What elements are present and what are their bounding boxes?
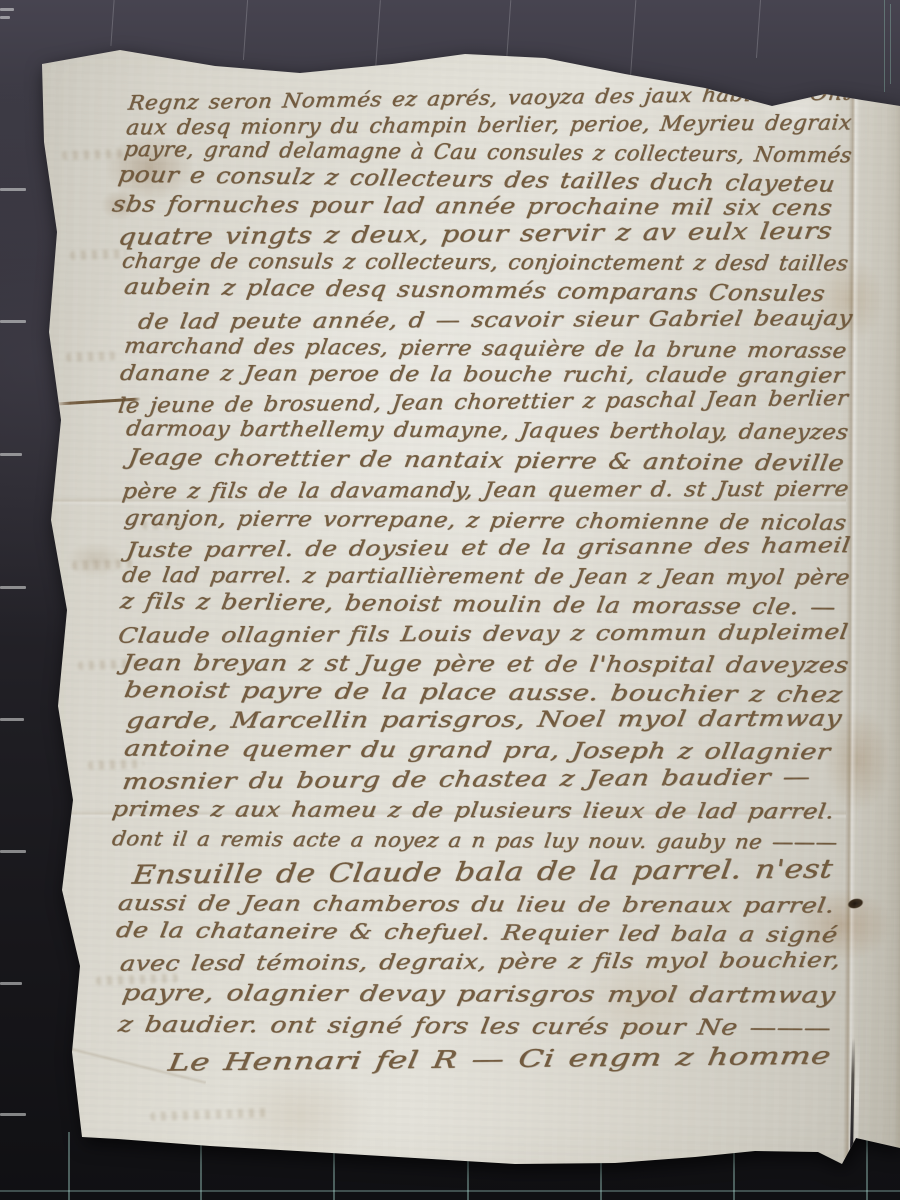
manuscript-line-11: danane z Jean peroe de la bouche ruchi, … bbox=[120, 361, 769, 387]
showthrough-mark bbox=[70, 249, 126, 260]
edge-tear bbox=[850, 1038, 855, 1160]
manuscript-line-4: pour e consulz z collecteurs des tailles… bbox=[118, 163, 754, 197]
manuscript-line-12: le jeune de brosuend, Jean chorettier z … bbox=[118, 386, 799, 417]
manuscript-line-29: aussi de Jean chamberos du lieu de brena… bbox=[118, 891, 707, 917]
horizontal-crease bbox=[46, 497, 846, 506]
manuscript-line-23: garde, Marcellin parisgros, Noel myol da… bbox=[126, 707, 701, 734]
paper-sheet: Regnz seron Nommés ez aprés, vaoyza des … bbox=[0, 0, 900, 1200]
manuscript-line-21: Jean breyan z st Juge père et de l'hospi… bbox=[122, 651, 739, 678]
manuscript-line-3: payre, grand delamagne à Cau consules z … bbox=[124, 137, 844, 167]
handwriting-layer: Regnz seron Nommés ez aprés, vaoyza des … bbox=[0, 0, 900, 1200]
manuscript-line-32: payre, olagnier devay parisgros myol dar… bbox=[122, 981, 686, 1008]
manuscript-line-15: père z fils de la davamandy, Jean quemer… bbox=[122, 477, 782, 503]
manuscript-line-18: de lad parrel. z partiallièrement de Jea… bbox=[122, 563, 782, 589]
showthrough-mark bbox=[66, 351, 116, 362]
showthrough-mark bbox=[78, 659, 150, 671]
manuscript-line-34: Le Hennari fel R — Ci engm z homme bbox=[168, 1043, 661, 1076]
manuscript-line-22: benoist payre de la place ausse. bouchie… bbox=[124, 678, 702, 707]
photograph-of-manuscript: Regnz seron Nommés ez aprés, vaoyza des … bbox=[0, 0, 900, 1200]
showthrough-mark bbox=[142, 519, 184, 529]
corner-crease bbox=[60, 1044, 207, 1085]
manuscript-line-28: Ensuille de Claude bala de la parrel. n'… bbox=[132, 855, 719, 890]
edge-tear-highlight bbox=[854, 1040, 860, 1158]
manuscript-line-5: sbs fornuches pour lad année prochaine m… bbox=[112, 192, 738, 220]
manuscript-line-8: aubein z place desq susnommés comparans … bbox=[124, 275, 754, 307]
manuscript-line-1: Regnz seron Nommés ez aprés, vaoyza des … bbox=[128, 81, 796, 114]
paper-shadow-wrap: Regnz seron Nommés ez aprés, vaoyza des … bbox=[0, 0, 900, 1200]
manuscript-line-10: marchand des places, pierre saquière de … bbox=[124, 334, 792, 363]
manuscript-line-31: avec lesd témoins, degraix, père z fils … bbox=[120, 948, 726, 975]
showthrough-mark bbox=[96, 974, 178, 986]
manuscript-line-13: darmoay barthellemy dumayne, Jaques bert… bbox=[126, 416, 794, 443]
manuscript-line-9: de lad peute année, d — scavoir sieur Ga… bbox=[138, 306, 758, 333]
ink-blot bbox=[844, 895, 868, 913]
manuscript-line-26: primes z aux hameu z de plusieurs lieux … bbox=[112, 797, 736, 823]
showthrough-mark bbox=[88, 759, 144, 770]
manuscript-line-25: mosnier du bourg de chastea z Jean baudi… bbox=[122, 766, 682, 795]
showthrough-mark bbox=[72, 559, 134, 570]
manuscript-line-20: Claude ollagnier fils Louis devay z comm… bbox=[118, 620, 732, 647]
showthrough-mark bbox=[62, 149, 124, 160]
manuscript-line-17: Juste parrel. de doysieu et de la grisan… bbox=[126, 534, 730, 562]
showthrough-mark bbox=[150, 1108, 270, 1121]
manuscript-line-27: dont il a remis acte a noyez a n pas luy… bbox=[112, 826, 791, 854]
manuscript-line-6: quatre vingts z deux, pour servir z av e… bbox=[118, 219, 718, 250]
margin-ink-stroke bbox=[55, 397, 141, 405]
vertical-fold-crease bbox=[843, 96, 860, 1158]
horizontal-crease bbox=[46, 810, 846, 819]
manuscript-line-14: Jeage chorettier de nantaix pierre & ant… bbox=[128, 445, 744, 475]
manuscript-line-19: z fils z berliere, benoist moulin de la … bbox=[120, 589, 749, 619]
manuscript-line-33: z baudier. ont signé fors les curés pour… bbox=[118, 1012, 707, 1040]
manuscript-line-16: granjon, pierre vorrepane, z pierre chom… bbox=[124, 506, 774, 535]
manuscript-line-7: charge de consuls z collecteurs, conjoin… bbox=[122, 249, 824, 275]
manuscript-line-2: aux desq mionry du champin berlier, peri… bbox=[126, 111, 824, 140]
manuscript-line-30: de la chataneire & chefuel. Requier led … bbox=[116, 918, 714, 946]
manuscript-line-24: antoine quemer du grand pra, Joseph z ol… bbox=[124, 736, 703, 764]
